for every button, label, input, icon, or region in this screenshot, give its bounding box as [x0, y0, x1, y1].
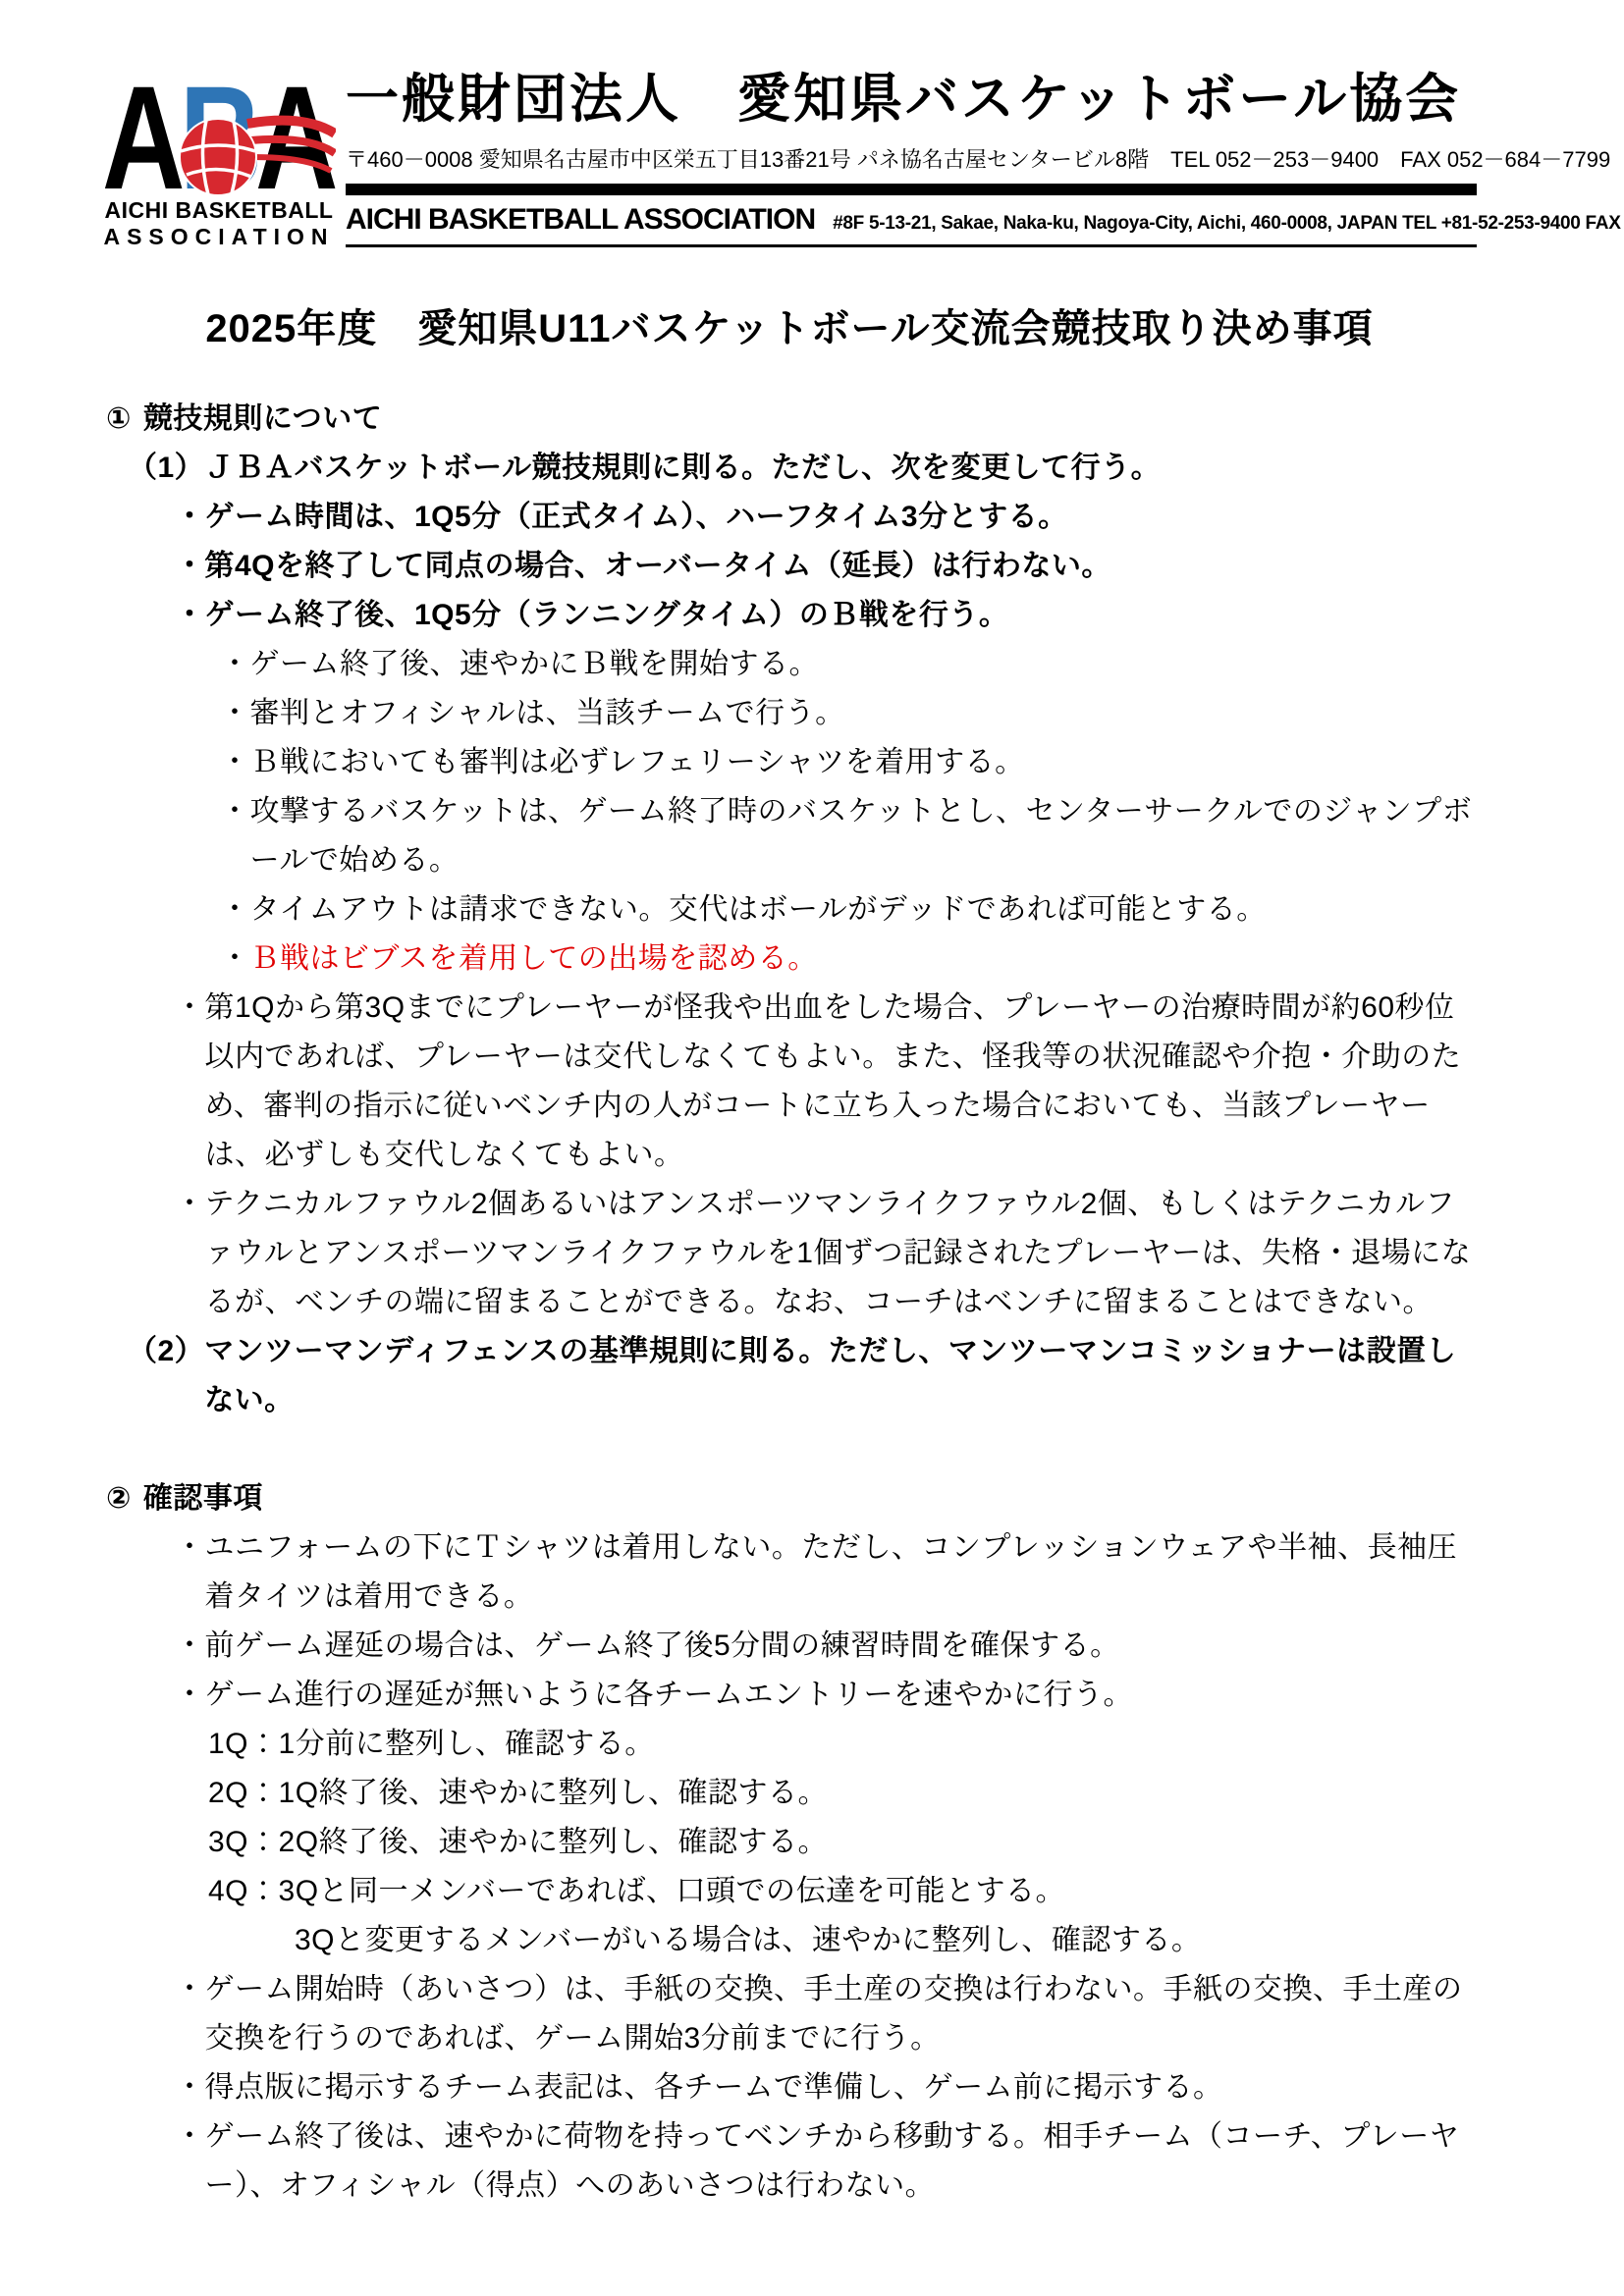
rule-fouls: ・テクニカルファウル2個あるいはアンスポーツマンライクファウル2個、もしくはテク… [175, 1180, 1477, 1327]
rule-b-game-referee-shirt: ・Ｂ戦においても審判は必ずレフェリーシャツを着用する。 [220, 738, 1477, 787]
line-prefix: （1） [128, 444, 204, 493]
line-prefix: ・ [220, 640, 250, 689]
rule-injury: ・第1Qから第3Qまでにプレーヤーが怪我や出血をした場合、プレーヤーの治療時間が… [175, 984, 1477, 1180]
line-text: ゲーム開始時（あいさつ）は、手紙の交換、手土産の交換は行わない。手紙の交換、手土… [205, 1965, 1478, 2063]
line-text: 前ゲーム遅延の場合は、ゲーム終了後5分間の練習時間を確保する。 [205, 1622, 1478, 1671]
organization-address-en: #8F 5-13-21, Sakae, Naka-ku, Nagoya-City… [833, 213, 1624, 235]
line-text: 1Q終了後、速やかに整列し、確認する。 [279, 1769, 1477, 1818]
line-prefix: ・ [220, 689, 250, 738]
line-text: ＪＢＡバスケットボール競技規則に則る。ただし、次を変更して行う。 [204, 444, 1477, 493]
line-prefix: ② [106, 1474, 132, 1523]
note-entry-4q: 4Q：3Qと同一メンバーであれば、口頭での伝達を可能とする。 [208, 1867, 1477, 1916]
line-text: 2Q終了後、速やかに整列し、確認する。 [279, 1818, 1477, 1867]
header-divider-bar [346, 184, 1477, 195]
note-entry-4q-cont: 3Qと変更するメンバーがいる場合は、速やかに整列し、確認する。 [295, 1916, 1477, 1965]
note-entry-2q: 2Q：1Q終了後、速やかに整列し、確認する。 [208, 1769, 1477, 1818]
line-prefix: ・ [220, 934, 250, 984]
line-text: 得点版に掲示するチーム表記は、各チームで準備し、ゲーム前に掲示する。 [205, 2063, 1478, 2112]
line-prefix: ① [106, 395, 132, 444]
rule-b-game-officials: ・審判とオフィシャルは、当該チームで行う。 [220, 689, 1477, 738]
organization-name-en: AICHI BASKETBALL ASSOCIATION [346, 203, 815, 237]
aba-logo-mark: A B A [102, 69, 336, 196]
note-entry: ・ゲーム進行の遅延が無いように各チームエントリーを速やかに行う。 [175, 1671, 1477, 1720]
letterhead-text: 一般財団法人 愛知県バスケットボール協会 〒460－0008 愛知県名古屋市中区… [346, 69, 1477, 247]
line-prefix: ・ [220, 885, 250, 934]
line-text: 攻撃するバスケットは、ゲーム終了時のバスケットとし、センターサークルでのジャンプ… [250, 787, 1478, 885]
line-prefix: 1Q： [208, 1720, 279, 1769]
rule-1-2: （2）マンツーマンディフェンスの基準規則に則る。ただし、マンツーマンコミッショナ… [128, 1327, 1477, 1425]
line-text: ユニフォームの下にＴシャツは着用しない。ただし、コンプレッションウェアや半袖、長… [205, 1523, 1478, 1622]
section-1-heading: ①競技規則について [106, 395, 1477, 444]
note-greeting: ・ゲーム開始時（あいさつ）は、手紙の交換、手土産の交換は行わない。手紙の交換、手… [175, 1965, 1477, 2063]
aba-logo: A B A AICHI BASKETBALL ASSOCIA [102, 69, 336, 250]
organization-en-row: AICHI BASKETBALL ASSOCIATION #8F 5-13-21… [346, 203, 1477, 247]
line-text: Ｂ戦はビブスを着用しての出場を認める。 [250, 934, 1478, 984]
line-text: 1分前に整列し、確認する。 [279, 1720, 1477, 1769]
line-text: 第4Qを終了して同点の場合、オーバータイム（延長）は行わない。 [205, 542, 1478, 591]
line-text: ゲーム時間は、1Q5分（正式タイム）、ハーフタイム3分とする。 [205, 493, 1478, 542]
note-scoreboard: ・得点版に掲示するチーム表記は、各チームで準備し、ゲーム前に掲示する。 [175, 2063, 1477, 2112]
rule-no-overtime: ・第4Qを終了して同点の場合、オーバータイム（延長）は行わない。 [175, 542, 1477, 591]
line-text: Ｂ戦においても審判は必ずレフェリーシャツを着用する。 [250, 738, 1478, 787]
logo-caption-line2: ASSOCIATION [102, 224, 336, 250]
line-prefix: 2Q： [208, 1769, 279, 1818]
note-entry-1q: 1Q：1分前に整列し、確認する。 [208, 1720, 1477, 1769]
line-prefix: ・ [175, 2112, 205, 2162]
line-text: 3Qと同一メンバーであれば、口頭での伝達を可能とする。 [279, 1867, 1477, 1916]
line-prefix: ・ [175, 591, 205, 640]
document-page: A B A AICHI BASKETBALL ASSOCIA [0, 0, 1624, 2296]
section-gap [102, 1425, 1477, 1474]
line-text: 第1Qから第3Qまでにプレーヤーが怪我や出血をした場合、プレーヤーの治療時間が約… [205, 984, 1478, 1180]
note-undershirt: ・ユニフォームの下にＴシャツは着用しない。ただし、コンプレッションウェアや半袖、… [175, 1523, 1477, 1622]
line-prefix: 3Q： [208, 1818, 279, 1867]
line-prefix: ・ [220, 738, 250, 787]
line-prefix: ・ [175, 1965, 205, 2014]
line-prefix: ・ [175, 542, 205, 591]
line-text: 審判とオフィシャルは、当該チームで行う。 [250, 689, 1478, 738]
document-body: ①競技規則について（1）ＪＢＡバスケットボール競技規則に則る。ただし、次を変更し… [102, 395, 1477, 2211]
line-text: ゲーム進行の遅延が無いように各チームエントリーを速やかに行う。 [205, 1671, 1478, 1720]
line-prefix: ・ [175, 493, 205, 542]
line-prefix: 4Q： [208, 1867, 279, 1916]
rule-b-game: ・ゲーム終了後、1Q5分（ランニングタイム）のＢ戦を行う。 [175, 591, 1477, 640]
rule-b-game-timeout: ・タイムアウトは請求できない。交代はボールがデッドであれば可能とする。 [220, 885, 1477, 934]
rule-game-time: ・ゲーム時間は、1Q5分（正式タイム）、ハーフタイム3分とする。 [175, 493, 1477, 542]
line-text: ゲーム終了後は、速やかに荷物を持ってベンチから移動する。相手チーム（コーチ、プレ… [205, 2112, 1478, 2211]
letterhead: A B A AICHI BASKETBALL ASSOCIA [102, 69, 1477, 250]
note-delay-practice: ・前ゲーム遅延の場合は、ゲーム終了後5分間の練習時間を確保する。 [175, 1622, 1477, 1671]
line-text: タイムアウトは請求できない。交代はボールがデッドであれば可能とする。 [250, 885, 1478, 934]
line-text: テクニカルファウル2個あるいはアンスポーツマンライクファウル2個、もしくはテクニ… [205, 1180, 1478, 1327]
line-prefix: ・ [175, 1523, 205, 1573]
line-text: 3Qと変更するメンバーがいる場合は、速やかに整列し、確認する。 [295, 1916, 1477, 1965]
rule-1-1: （1）ＪＢＡバスケットボール競技規則に則る。ただし、次を変更して行う。 [128, 444, 1477, 493]
line-prefix: ・ [175, 2063, 205, 2112]
note-entry-3q: 3Q：2Q終了後、速やかに整列し、確認する。 [208, 1818, 1477, 1867]
line-prefix: ・ [220, 787, 250, 836]
note-after-game: ・ゲーム終了後は、速やかに荷物を持ってベンチから移動する。相手チーム（コーチ、プ… [175, 2112, 1477, 2211]
rule-b-game-bibs-red: ・Ｂ戦はビブスを着用しての出場を認める。 [220, 934, 1477, 984]
line-text: ゲーム終了後、1Q5分（ランニングタイム）のＢ戦を行う。 [205, 591, 1478, 640]
organization-address-jp: 〒460－0008 愛知県名古屋市中区栄五丁目13番21号 パネ協名古屋センター… [346, 143, 1477, 174]
line-text: 競技規則について [143, 395, 1477, 444]
organization-name: 一般財団法人 愛知県バスケットボール協会 [346, 69, 1477, 130]
line-prefix: ・ [175, 1671, 205, 1720]
rule-b-game-start: ・ゲーム終了後、速やかにＢ戦を開始する。 [220, 640, 1477, 689]
line-text: ゲーム終了後、速やかにＢ戦を開始する。 [250, 640, 1478, 689]
svg-text:A: A [102, 69, 185, 196]
section-2-heading: ②確認事項 [106, 1474, 1477, 1523]
line-text: マンツーマンディフェンスの基準規則に則る。ただし、マンツーマンコミッショナーは設… [204, 1327, 1477, 1425]
rule-b-game-basket: ・攻撃するバスケットは、ゲーム終了時のバスケットとし、センターサークルでのジャン… [220, 787, 1477, 885]
line-text: 確認事項 [143, 1474, 1477, 1523]
logo-caption-line1: AICHI BASKETBALL [102, 197, 336, 224]
line-prefix: （2） [128, 1327, 204, 1376]
document-title: 2025年度 愛知県U11バスケットボール交流会競技取り決め事項 [102, 297, 1477, 353]
line-prefix: ・ [175, 1180, 205, 1229]
line-prefix: ・ [175, 984, 205, 1033]
line-prefix: ・ [175, 1622, 205, 1671]
